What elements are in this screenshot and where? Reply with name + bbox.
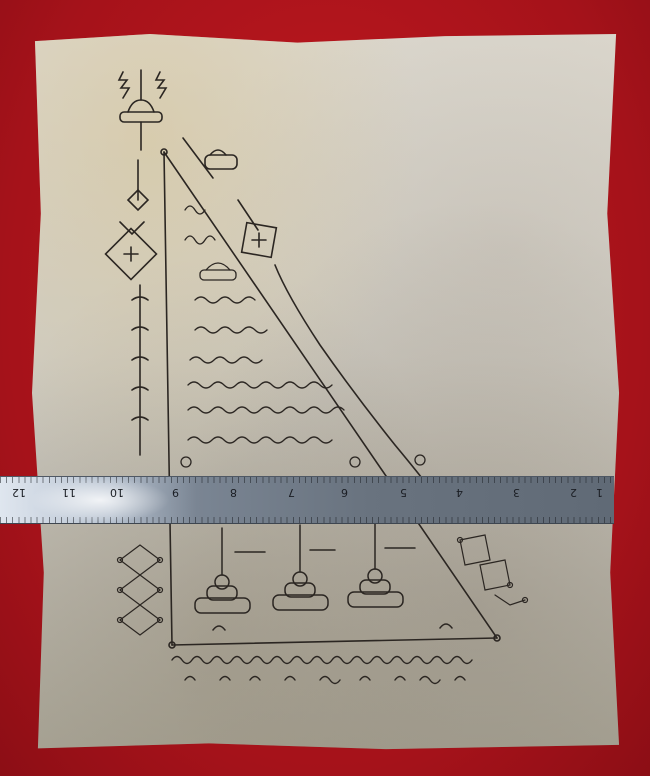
ruler-inch-label: 10 (110, 486, 124, 499)
triangle-base (172, 638, 497, 645)
ruler-inch-label: 6 (341, 486, 348, 499)
ruler-glare (30, 477, 170, 523)
yantra-drawing (0, 0, 650, 776)
ruler-inch-label: 7 (288, 486, 295, 499)
ruler-inch-label: 12 (12, 486, 26, 499)
ruler-inch-label: 1 (596, 486, 603, 499)
inner-glyph-rows (181, 206, 425, 467)
ruler-inch-label: 9 (172, 486, 179, 499)
bottom-inscription (172, 657, 472, 684)
ruler-inch-label: 8 (230, 486, 237, 499)
ruler-inch-label: 5 (400, 486, 407, 499)
seated-figure-row (195, 522, 452, 630)
seated-figure-top (119, 70, 166, 150)
ruler-inch-label: 3 (513, 486, 520, 499)
ruler-inch-label: 11 (62, 486, 76, 499)
triangle-hypotenuse (164, 152, 497, 638)
ruler-inch-label: 2 (570, 486, 577, 499)
left-chain (106, 160, 157, 455)
lattice-diamond-left (118, 545, 163, 635)
metal-ruler: 12 11 10 9 8 7 6 5 4 3 2 1 (0, 476, 614, 524)
ruler-inch-label: 4 (456, 486, 463, 499)
diagonal-chain (183, 138, 435, 495)
triangle-left-edge (164, 152, 172, 645)
